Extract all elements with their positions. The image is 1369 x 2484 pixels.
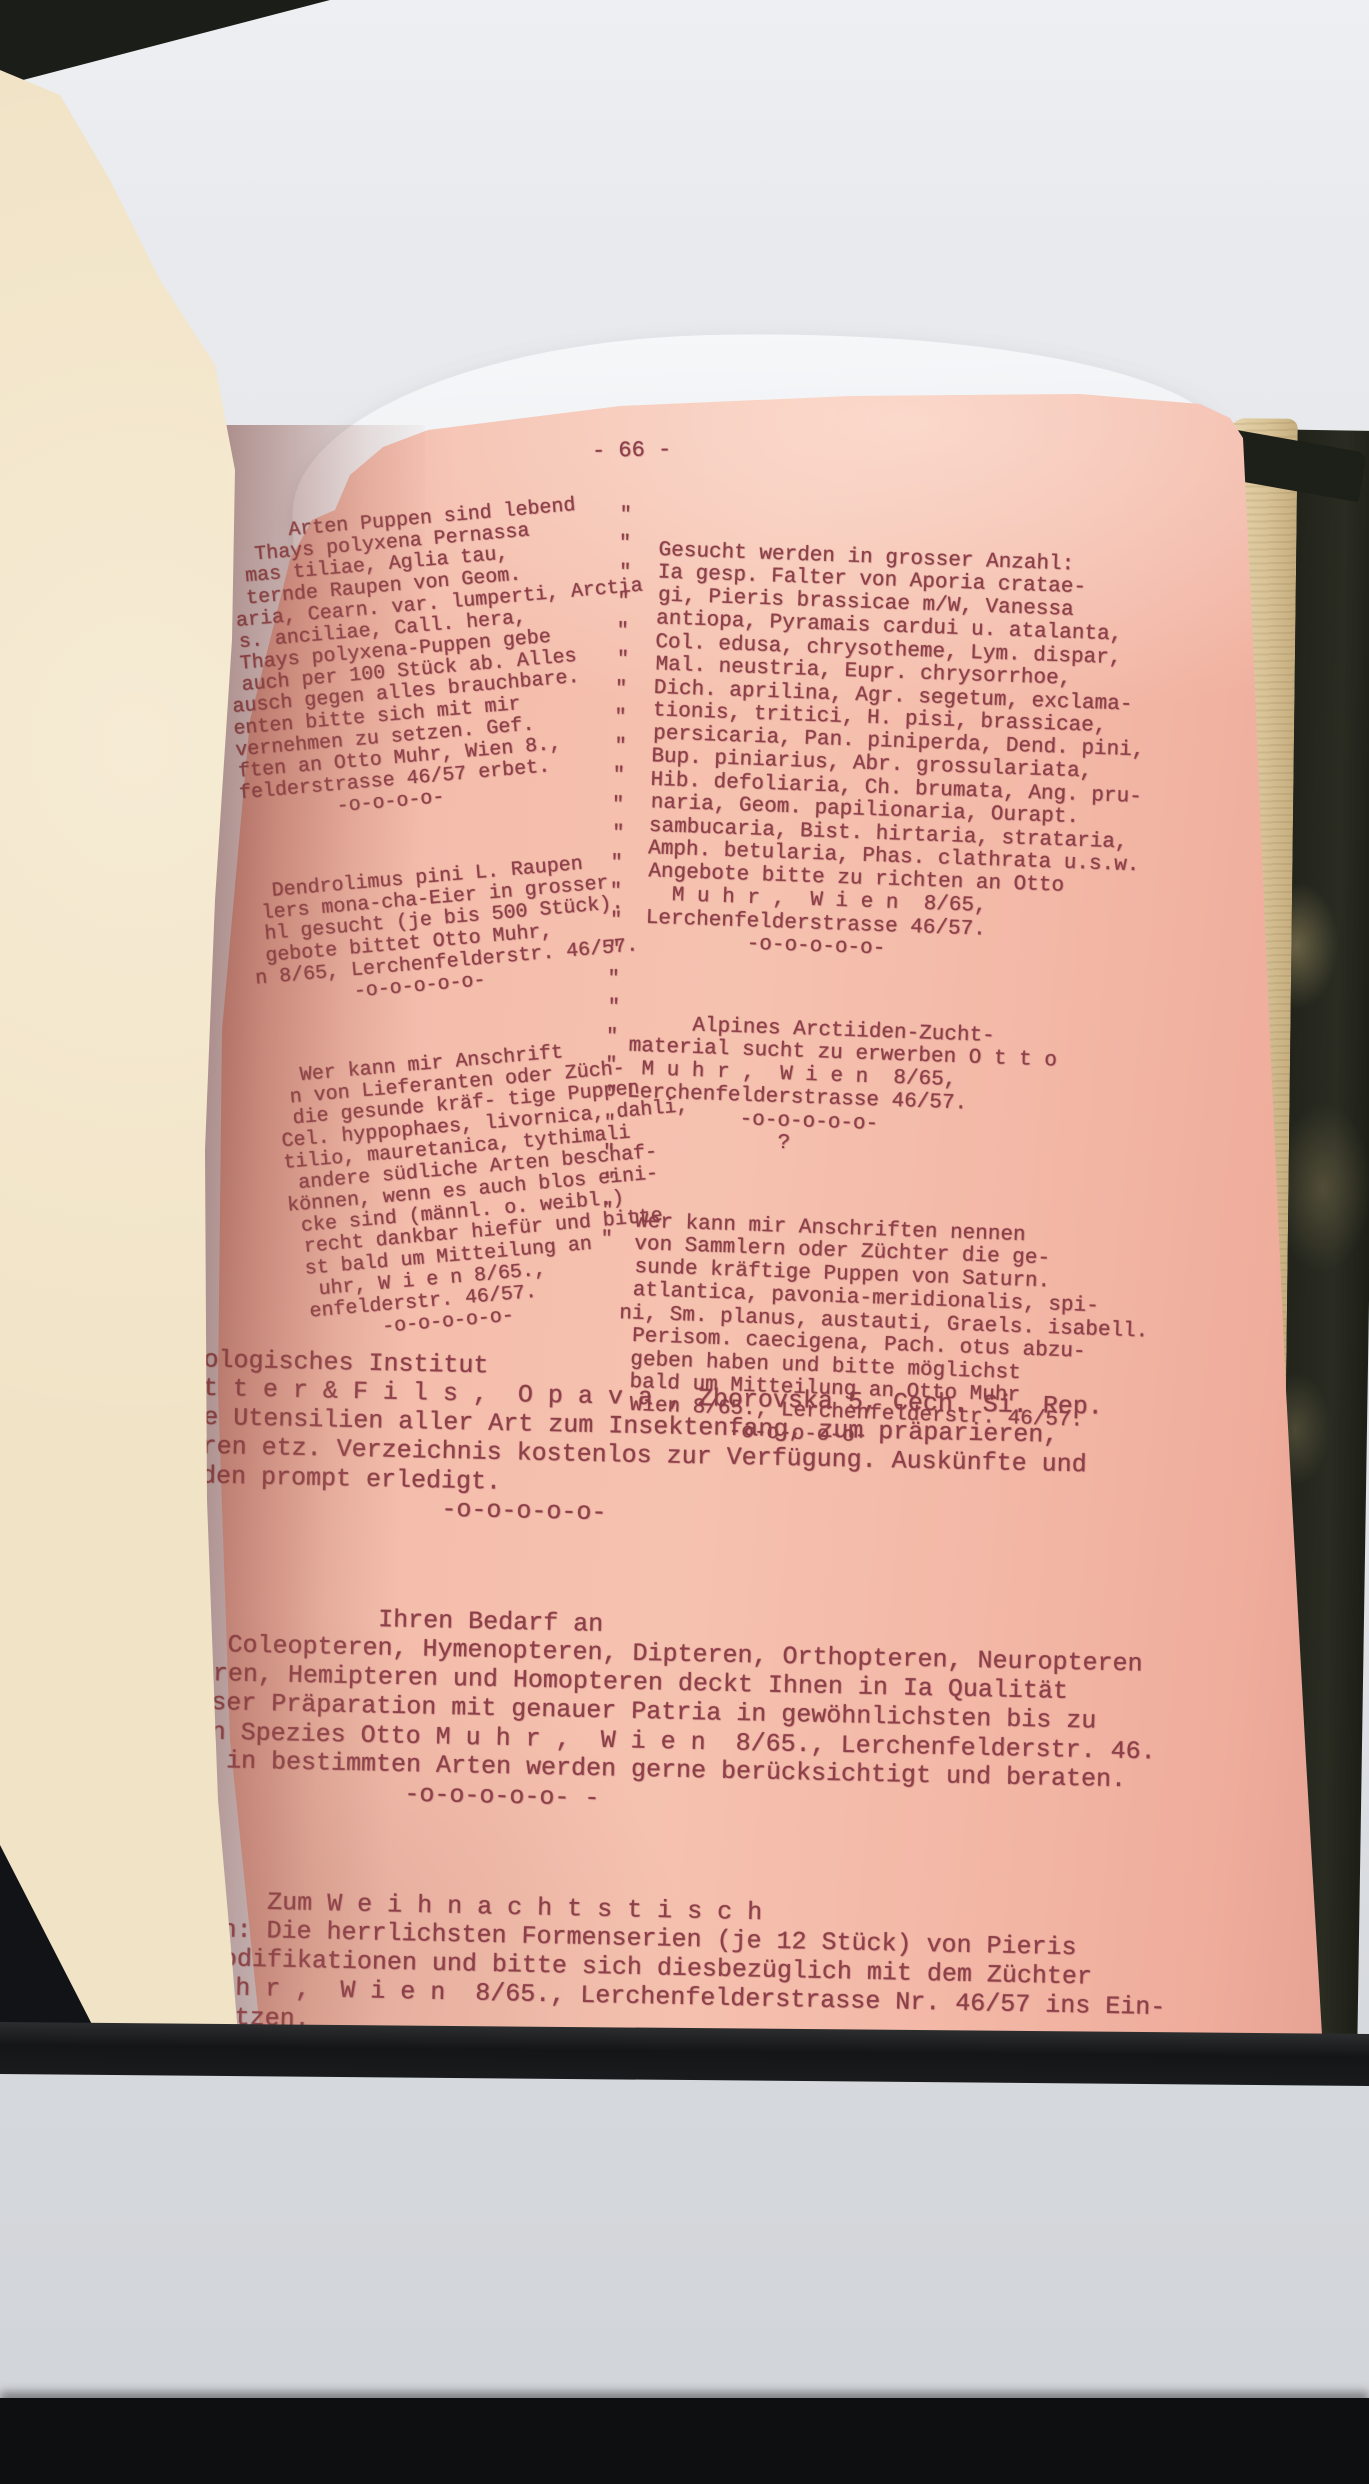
table-edge-shadow bbox=[0, 2398, 1369, 2484]
ad-block-gesucht-falter: Gesucht werden in grosser Anzahl: Ia ges… bbox=[632, 538, 1175, 970]
ditto-mark: " bbox=[619, 501, 632, 530]
ditto-mark: " bbox=[608, 935, 621, 964]
ditto-mark: " bbox=[607, 964, 620, 993]
ditto-mark: " bbox=[601, 1196, 614, 1225]
ad-block-alpines-zuchtmaterial: Alpines Arctiiden-Zucht-material sucht z… bbox=[625, 1012, 1159, 1168]
ditto-mark: " bbox=[605, 1080, 618, 1109]
ditto-mark: " bbox=[612, 819, 625, 848]
ditto-mark: " bbox=[617, 587, 630, 616]
ditto-mark: " bbox=[603, 1167, 616, 1196]
ditto-mark: " bbox=[619, 558, 632, 587]
ditto-mark: " bbox=[600, 1225, 613, 1254]
book-cover-corner-top-left bbox=[0, 0, 330, 86]
ditto-mark: " bbox=[605, 1051, 618, 1080]
ditto-mark: " bbox=[616, 645, 629, 674]
ditto-mark: " bbox=[615, 675, 628, 704]
page-curl-shadow bbox=[205, 425, 425, 2040]
ditto-mark: " bbox=[603, 1109, 616, 1138]
ditto-mark: " bbox=[607, 993, 620, 1022]
ditto-mark: " bbox=[614, 732, 627, 761]
book-photo: - 66 - Arten Puppen sind lebend Thays po… bbox=[0, 0, 1369, 2484]
ditto-mark: " bbox=[614, 703, 627, 732]
ditto-mark: " bbox=[612, 761, 625, 790]
ditto-mark: " bbox=[616, 617, 629, 646]
ditto-mark: " bbox=[612, 791, 625, 820]
ditto-mark: " bbox=[606, 1022, 619, 1051]
ditto-mark: " bbox=[610, 848, 623, 877]
ditto-mark: " bbox=[610, 906, 623, 935]
ditto-mark: " bbox=[618, 529, 631, 558]
ditto-mark: " bbox=[603, 1138, 616, 1167]
ditto-mark: " bbox=[609, 877, 622, 906]
